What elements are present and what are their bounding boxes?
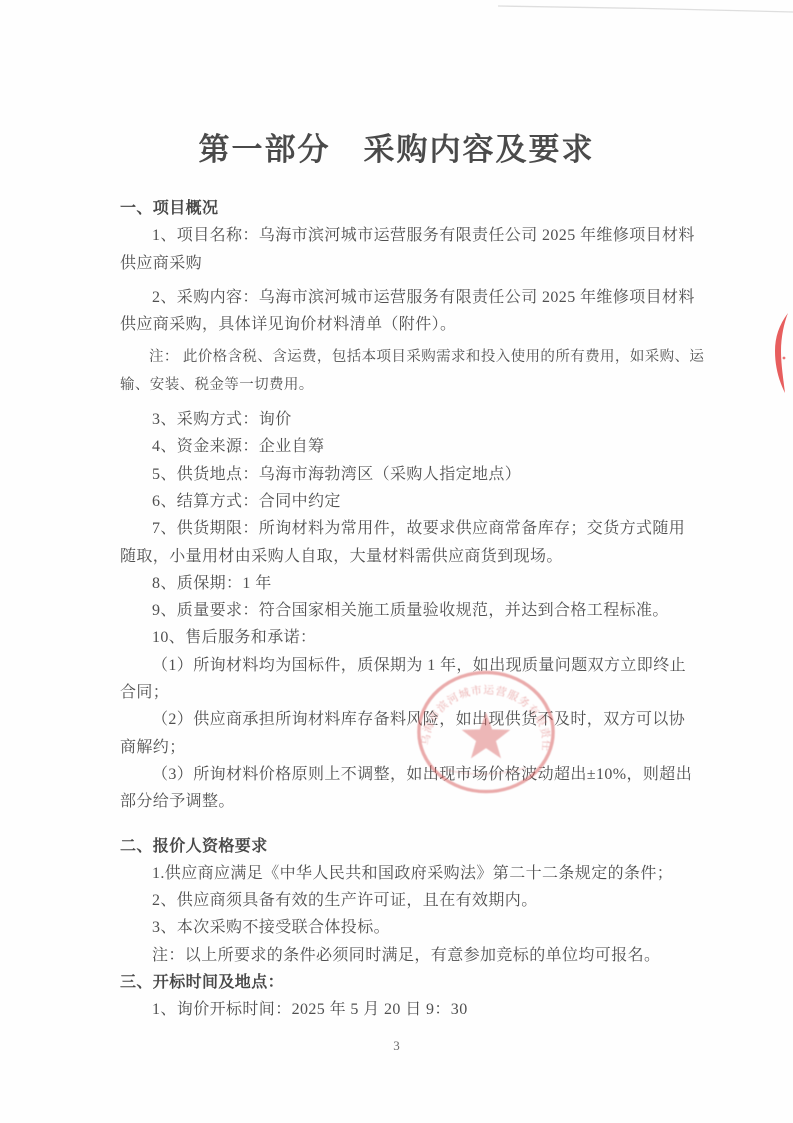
- document-body: 一、项目概况 1、项目名称：乌海市滨河城市运营服务有限责任公司 2025 年维修…: [120, 195, 692, 1024]
- document-title: 第一部分 采购内容及要求: [0, 124, 793, 169]
- section-heading: 一、项目概况: [120, 195, 692, 222]
- text-line: 1、项目名称：乌海市滨河城市运营服务有限责任公司 2025 年维修项目材料: [120, 222, 692, 249]
- page-number: 3: [0, 1038, 793, 1054]
- text-line: 部分给予调整。: [120, 788, 692, 815]
- text-line: 5、供货地点：乌海市海勃湾区（采购人指定地点）: [120, 461, 692, 488]
- text-line: （1）所询材料均为国标件，质保期为 1 年，如出现质量问题双方立即终止: [120, 652, 692, 679]
- text-line: 6、结算方式：合同中约定: [120, 488, 692, 515]
- text-line: （2）供应商承担所询材料库存备料风险，如出现供货不及时，双方可以协: [120, 706, 692, 733]
- note-line: 注： 此价格含税、含运费，包括本项目采购需求和投入使用的所有费用，如采购、运: [120, 344, 692, 371]
- text-line: 供应商采购，具体详见询价材料清单（附件）。: [120, 311, 692, 338]
- text-line: 注：以上所要求的条件必须同时满足，有意参加竞标的单位均可报名。: [120, 942, 692, 969]
- text-line: 2、供应商须具备有效的生产许可证，且在有效期内。: [120, 887, 692, 914]
- text-line: 10、售后服务和承诺：: [120, 624, 692, 651]
- note-line: 输、安装、税金等一切费用。: [120, 372, 692, 399]
- text-line: 8、质保期：1 年: [120, 570, 692, 597]
- text-line: （3）所询材料价格原则上不调整，如出现市场价格波动超出±10%，则超出: [120, 761, 692, 788]
- document-page: 第一部分 采购内容及要求 一、项目概况 1、项目名称：乌海市滨河城市运营服务有限…: [0, 0, 793, 1123]
- text-line: 合同；: [120, 679, 692, 706]
- text-line: 9、质量要求：符合国家相关施工质量验收规范，并达到合格工程标准。: [120, 597, 692, 624]
- text-line: 2、采购内容：乌海市滨河城市运营服务有限责任公司 2025 年维修项目材料: [120, 284, 692, 311]
- text-line: 3、采购方式：询价: [120, 406, 692, 433]
- scan-artifact-line: [498, 3, 793, 13]
- text-line: 7、供货期限：所询材料为常用件，故要求供应商常备库存；交货方式随用: [120, 515, 692, 542]
- section-heading: 二、报价人资格要求: [120, 833, 692, 860]
- section-heading: 三、开标时间及地点：: [120, 969, 692, 996]
- text-line: 1.供应商应满足《中华人民共和国政府采购法》第二十二条规定的条件；: [120, 860, 692, 887]
- text-line: 供应商采购: [120, 250, 692, 277]
- text-line: 随取，小量用材由采购人自取，大量材料需供应商货到现场。: [120, 543, 692, 570]
- text-line: 3、本次采购不接受联合体投标。: [120, 914, 692, 941]
- edge-seal-fragment: [769, 311, 793, 395]
- text-line: 4、资金来源：企业自筹: [120, 433, 692, 460]
- text-line: 商解约；: [120, 734, 692, 761]
- text-line: 1、询价开标时间：2025 年 5 月 20 日 9：30: [120, 996, 692, 1023]
